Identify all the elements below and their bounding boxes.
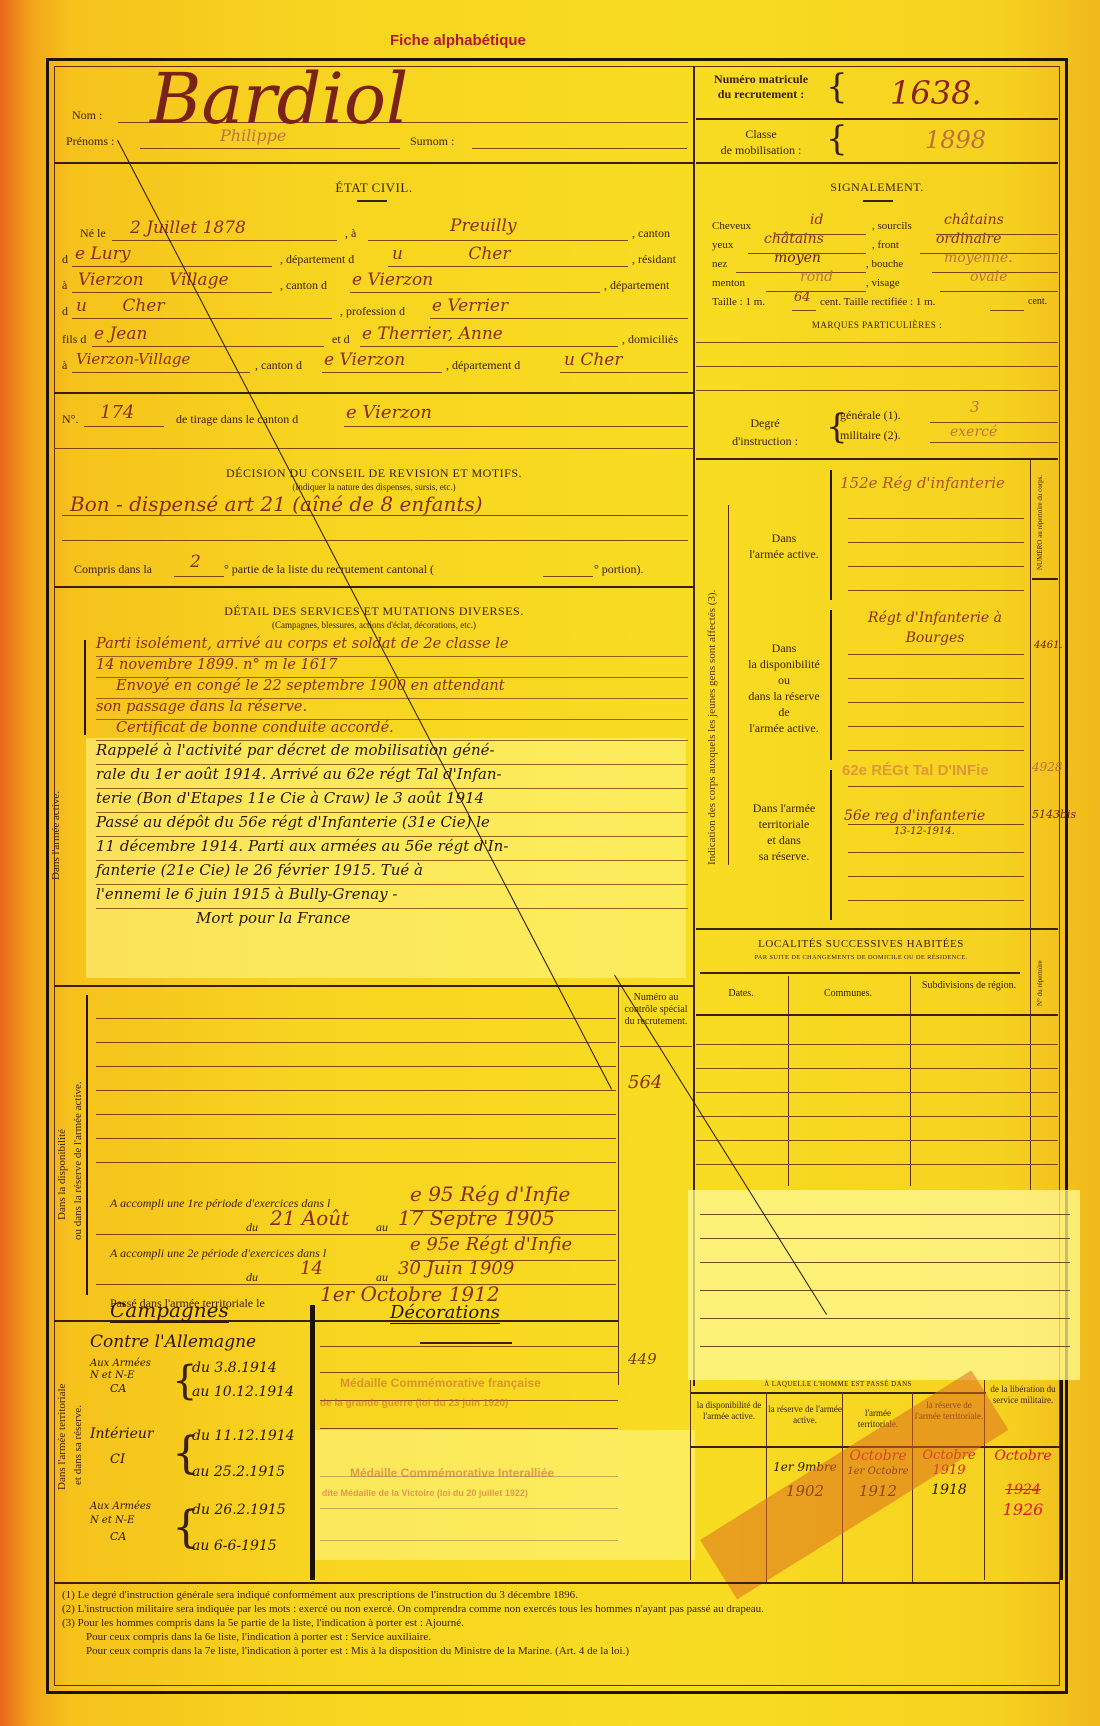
campagne-where: Intérieur (90, 1426, 154, 1442)
dept2-prefix: d (62, 304, 68, 319)
prenoms-underline (140, 148, 400, 149)
underline (930, 442, 1058, 443)
column-divider (910, 976, 911, 1186)
canton-prefix: d (62, 252, 68, 267)
campagnes-subtitle: Contre l'Allemagne (90, 1332, 256, 1352)
underline (72, 266, 272, 267)
localites-col-dates: Dates. (696, 988, 786, 999)
service-line: fanterie (21e Cie) le 26 février 1915. T… (96, 861, 688, 885)
label-line: ou (734, 672, 834, 688)
label-line: Dans (734, 640, 834, 656)
bouche-label: , bouche (866, 258, 903, 270)
surnom-label: Surnom : (410, 134, 454, 149)
affectation-value-territoriale: 56e reg d'infanterie (844, 808, 985, 824)
campagnes-title: Campagnes (110, 1298, 229, 1323)
ruled-line (700, 1262, 1070, 1263)
bracket (84, 640, 86, 735)
localites-title: LOCALITÉS SUCCESSIVES HABITÉES (696, 938, 1026, 950)
divider (1032, 578, 1058, 580)
underline (72, 372, 250, 373)
decision-title: DÉCISION DU CONSEIL DE REVISION ET MOTIF… (54, 466, 694, 481)
ruled-line (848, 900, 1024, 901)
ruled-line (700, 1238, 1070, 1239)
document-title: Fiche alphabétique (390, 32, 526, 49)
numero-column-divider (618, 985, 619, 1385)
ruled-line (848, 786, 1024, 787)
ruled-line (696, 1044, 1058, 1045)
affectation-stamp-territoriale: 62e RÉGt Tal D'INFie (842, 762, 989, 779)
nom-label: Nom : (72, 108, 102, 123)
prenoms-label: Prénoms : (66, 134, 114, 149)
classe-label-2: de mobilisation : (696, 142, 826, 158)
label-line: territoriale (734, 816, 834, 832)
bracket (86, 995, 88, 1295)
campagne-where: Aux Armées N et N-E (90, 1358, 160, 1382)
campagne-to: au 25.2.1915 (192, 1464, 285, 1480)
matricule-value: 1638. (890, 74, 982, 112)
underline (350, 292, 600, 293)
column-divider (788, 976, 789, 1186)
passage-col-disponibilite: la disponibilité de l'armée active. (692, 1400, 766, 1422)
signalement-title: SIGNALEMENT. (696, 180, 1058, 195)
divider (54, 162, 694, 164)
instruction-label: Degré d'instruction : (700, 414, 830, 450)
departement2-label: , département (604, 278, 669, 293)
affectation-label-active: Dans l'armée active. (734, 530, 834, 562)
service-line: Certificat de bonne conduite accordé. (96, 720, 688, 741)
periode2-du-label: du (246, 1270, 258, 1285)
parents-canton-value: e Vierzon (324, 350, 405, 370)
services-side-label: Dans l'armée active. (50, 730, 62, 880)
marques-label: MARQUES PARTICULIÈRES : (696, 320, 1058, 330)
underline (92, 346, 324, 347)
medal-stamp-line-2: de la grande guerre (loi du 23 juin 1920… (320, 1398, 508, 1409)
departement-label: , département d (280, 252, 354, 267)
taille-cent-label: cent. Taille rectifiée : 1 m. (820, 296, 935, 308)
ruled-line (848, 726, 1024, 727)
ruled-line (848, 678, 1024, 679)
ruled-line (96, 1138, 616, 1139)
periode1-du-label: du (246, 1220, 258, 1235)
affectations-side-label: Indication des corps auxquels les jeunes… (706, 505, 718, 865)
disponibilite-side-label-1: Dans la disponibilité (56, 1020, 68, 1220)
ruled-line (848, 824, 1024, 825)
tirage-canton-value: e Vierzon (346, 402, 432, 423)
ruled-line (696, 1164, 1058, 1165)
numero-column-divider (1030, 460, 1031, 930)
birth-place-value: Preuilly (450, 216, 517, 236)
ruled-line (848, 542, 1024, 543)
underline (72, 318, 332, 319)
service-line: son passage dans la réserve. (96, 699, 688, 720)
militaire-value: exercé (950, 424, 997, 440)
ruled-line (700, 1346, 1070, 1347)
passage-col-liberation: de la libération du service militaire. (986, 1384, 1060, 1406)
footnote-4: Pour ceux compris dans la 6e liste, l'in… (62, 1630, 1052, 1644)
ruled-line (96, 1114, 616, 1115)
residence-departement-value: u Cher (76, 296, 165, 316)
canton-label: , canton (632, 226, 670, 241)
underline (792, 310, 816, 311)
ruled-line (320, 1372, 618, 1373)
underline (388, 266, 628, 267)
parents-domicile-value: Vierzon-Village (76, 350, 190, 368)
ruled-line (696, 366, 1058, 367)
nez-label: nez (712, 258, 727, 270)
profession-value: e Verrier (432, 296, 508, 316)
service-line: l'ennemi le 6 juin 1915 à Bully-Grenay - (96, 885, 688, 909)
underline (766, 291, 866, 292)
et-label: et d (332, 332, 350, 347)
bracket (830, 470, 832, 600)
underline (368, 240, 628, 241)
yeux-value: châtains (764, 231, 824, 247)
ruled-line (96, 1090, 616, 1091)
numero-value: 564 (628, 1072, 662, 1093)
residence-prefix: à (62, 278, 67, 293)
decision-subtitle: (Indiquer la nature des dispenses, sursi… (54, 482, 694, 492)
numero-label: NUMÉRO au répertoire du corps. (1036, 470, 1044, 570)
underline (84, 426, 164, 427)
bouche-value: moyenne. (944, 250, 1013, 266)
underline (940, 291, 1058, 292)
services-title: DÉTAIL DES SERVICES ET MUTATIONS DIVERSE… (54, 604, 694, 619)
passage-col-reserve: la réserve de l'armée active. (768, 1404, 842, 1426)
campagne-to: au 10.12.1914 (192, 1384, 294, 1400)
side-column-divider (1030, 930, 1031, 1190)
generale-value: 3 (970, 398, 980, 416)
divider (54, 1582, 1060, 1584)
domicilies-label: , domiciliés (622, 332, 678, 347)
militaire-label: militaire (2). (840, 428, 901, 443)
bracket (830, 770, 832, 920)
divider (696, 458, 1058, 460)
yeux-label: yeux (712, 239, 733, 251)
localites-col-subdivisions: Subdivisions de région. (912, 980, 1026, 992)
tirage-label: de tirage dans le canton d (176, 412, 298, 427)
divider (54, 392, 694, 394)
campagne-code: CA (110, 1382, 126, 1395)
affectation-numero-disponibilite: 4461. (1034, 640, 1063, 651)
footnote-5: Pour ceux compris dans la 7e liste, l'in… (62, 1644, 1052, 1658)
brace-icon: { (826, 122, 848, 156)
campagne-to: au 6-6-1915 (192, 1538, 277, 1554)
label-line: l'armée active. (734, 720, 834, 736)
numero-header: Numéro au contrôle spécial du recrutemen… (620, 992, 692, 1028)
service-line: terie (Bon d'Etapes 11e Cie à Craw) le 3… (96, 789, 688, 813)
header-rule (696, 1014, 1058, 1016)
mother-value: e Therrier, Anne (362, 324, 503, 344)
prenoms-value: Philippe (220, 126, 286, 145)
ruled-line (848, 750, 1024, 751)
passage-liberation-value-1: Octobre (986, 1448, 1060, 1464)
medal2-stamp-line-1: Médaille Commémorative Interalliée (350, 1466, 554, 1480)
ruled-line (700, 1290, 1070, 1291)
affectation-label-disponibilite: Dans la disponibilité ou dans la réserve… (734, 640, 834, 736)
classe-label: Classe de mobilisation : (696, 126, 826, 158)
localites-side-col: N° du répertoire (1036, 936, 1044, 1006)
ruled-line (696, 1092, 1058, 1093)
ruled-line (696, 390, 1058, 391)
menton-label: menton (712, 277, 745, 289)
ruled-line (848, 852, 1024, 853)
title-rule (863, 200, 893, 202)
localites-col-communes: Communes. (788, 988, 908, 999)
underline (174, 576, 224, 577)
ruled-line (96, 1018, 616, 1019)
cheveux-value: id (810, 212, 823, 228)
services-subtitle: (Campagnes, blessures, actions d'éclat, … (54, 620, 694, 630)
underline (990, 310, 1024, 311)
periode1-au-value: 17 Septre 1905 (398, 1206, 555, 1230)
affectation-numero-territoriale: 5143bis (1032, 808, 1076, 821)
tirage-number: 174 (100, 402, 134, 423)
service-line: 11 décembre 1914. Parti aux armées au 56… (96, 837, 688, 861)
ruled-line (696, 1140, 1058, 1141)
underline (430, 318, 688, 319)
residence-canton-value: e Vierzon (352, 270, 433, 290)
medal-stamp-line-1: Médaille Commémorative française (340, 1376, 541, 1390)
services-lines: Parti isolément, arrivé au corps et sold… (96, 636, 688, 933)
canton2-label: , canton d (280, 278, 327, 293)
pasted-blank-sheet (688, 1190, 1080, 1380)
classe-value: 1898 (925, 126, 986, 154)
title-rule (420, 1342, 512, 1344)
surnom-underline (472, 148, 687, 149)
affectation-date-territoriale: 13-12-1914. (894, 826, 955, 837)
tirage-prefix: N°. (62, 412, 78, 427)
matricule-label-2: du recrutement : (696, 87, 826, 102)
visage-label: , visage (866, 277, 900, 289)
compris-value: 2 (190, 552, 201, 572)
bracket (728, 505, 729, 865)
campagne-from: du 3.8.1914 (192, 1360, 277, 1376)
title-rule (700, 972, 1020, 974)
underline (62, 540, 688, 541)
matricule-label: Numéro matricule du recrutement : (696, 72, 826, 102)
taille-label: Taille : 1 m. (712, 296, 765, 308)
father-value: e Jean (94, 324, 147, 344)
ruled-line (848, 518, 1024, 519)
birth-canton-value: e Lury (75, 244, 130, 264)
ruled-line (96, 1042, 616, 1043)
underline (560, 372, 688, 373)
service-line: Mort pour la France (96, 909, 688, 933)
domicile-prefix: à (62, 358, 67, 373)
medal2-stamp-line-2: dite Médaille de la Victoire (loi du 20 … (322, 1488, 528, 1498)
frame-edge (1060, 1380, 1063, 1580)
nez-value: moyen (774, 250, 821, 266)
campagne-from: du 26.2.1915 (192, 1502, 286, 1518)
periode2-unit: e 95e Régt d'Infie (410, 1234, 572, 1255)
affectation-value-disponibilite: Régt d'Infanterie à Bourges (850, 608, 1020, 648)
ruled-line (320, 1346, 618, 1347)
service-line: Rappelé à l'activité par décret de mobil… (96, 741, 688, 765)
territoriale-side-label-2: et dans sa réserve. (72, 1345, 84, 1485)
brace-icon: { (826, 70, 848, 104)
divider (696, 928, 1058, 930)
underline (344, 426, 688, 427)
service-line: Envoyé en congé le 22 septembre 1900 en … (96, 678, 688, 699)
ruled-line (848, 566, 1024, 567)
title-rule (357, 200, 387, 202)
canton3-label: , canton d (255, 358, 302, 373)
ruled-line (96, 1066, 616, 1067)
service-line: Parti isolément, arrivé au corps et sold… (96, 636, 688, 657)
residant-label: , résidant (632, 252, 676, 267)
periode2-du-value: 14 (300, 1258, 323, 1279)
portion-underline (543, 576, 593, 577)
menton-value: rond (800, 269, 833, 285)
ruled-line (696, 1116, 1058, 1117)
passage-liberation-value-2: 1924 (986, 1482, 1060, 1498)
label-line: et dans (734, 832, 834, 848)
service-line: Passé au dépôt du 56e régt d'Infanterie … (96, 813, 688, 837)
label-line: Dans l'armée (734, 800, 834, 816)
ruled-line (96, 1162, 616, 1163)
divider (696, 118, 1058, 120)
birth-departement-value: u Cher (392, 244, 511, 264)
sourcils-label: , sourcils (872, 220, 912, 232)
passage-reserve-territoriale-value: 1918 (914, 1482, 984, 1498)
label-line: la disponibilité (734, 656, 834, 672)
periode1-au-label: au (376, 1220, 388, 1235)
localites-subtitle: PAR SUITE DE CHANGEMENTS DE DOMICILE OU … (696, 954, 1026, 961)
underline (72, 292, 272, 293)
ruled-line (848, 654, 1024, 655)
footnote-1: (1) Le degré d'instruction générale sera… (62, 1588, 1052, 1602)
divider (54, 985, 694, 987)
compris-suffix: ° partie de la liste du recrutement cant… (224, 562, 434, 577)
service-line: rale du 1er août 1914. Arrivé au 62e rég… (96, 765, 688, 789)
ruled-line (696, 1068, 1058, 1069)
instruction-label-1: Degré (700, 414, 830, 432)
compris-label: Compris dans la (74, 562, 152, 577)
affectation-label-territoriale: Dans l'armée territoriale et dans sa rés… (734, 800, 834, 864)
divider (54, 586, 694, 588)
front-label: , front (872, 239, 899, 251)
etat-civil-title: ÉTAT CIVIL. (54, 180, 694, 196)
underline (930, 422, 1058, 423)
underline (112, 240, 337, 241)
generale-label: générale (1). (840, 408, 901, 423)
residence-value: Vierzon Village (78, 270, 229, 290)
classe-label-1: Classe (696, 126, 826, 142)
birth-date-value: 2 Juillet 1878 (130, 218, 246, 238)
cheveux-label: Cheveux (712, 220, 751, 232)
ruled-line (700, 1318, 1070, 1319)
ruled-line (848, 590, 1024, 591)
footnote-3: (3) Pour les hommes compris dans la 5e p… (62, 1616, 1052, 1630)
divider (620, 1046, 692, 1047)
periode1-unit: e 95 Rég d'Infie (410, 1182, 570, 1206)
decision-value: Bon - dispensé art 21 (aîné de 8 enfants… (70, 492, 483, 516)
passage-liberation-red: 1926 (986, 1500, 1060, 1519)
label-line: dans la réserve (734, 688, 834, 704)
affectation-value-active: 152e Rég d'infanterie (840, 474, 1005, 492)
periode1-du-value: 21 Août (270, 1206, 349, 1230)
fils-label: fils d (62, 332, 86, 347)
column-divider (693, 66, 695, 1386)
divider (696, 162, 1058, 164)
disponibilite-side-label-2: ou dans la réserve de l'armée active. (72, 1000, 84, 1240)
territoriale-numero-value: 449 (628, 1350, 657, 1368)
departement3-label: , département d (446, 358, 520, 373)
label-line: Dans (734, 530, 834, 546)
ruled-line (848, 702, 1024, 703)
bracket (830, 610, 832, 760)
ruled-line (700, 1214, 1070, 1215)
a-label: , à (345, 226, 356, 241)
taille-value: 64 (794, 290, 811, 305)
ruled-line (696, 342, 1058, 343)
campagne-code: CI (110, 1452, 125, 1467)
decorations-title: Décorations (390, 1302, 500, 1324)
portion-suffix: ° portion). (594, 562, 643, 577)
periode2-label: A accompli une 2e période d'exercices da… (110, 1246, 326, 1261)
instruction-label-2: d'instruction : (700, 432, 830, 450)
campagne-from: du 11.12.1914 (192, 1428, 295, 1444)
campagne-code: CA (110, 1530, 126, 1543)
column-divider (690, 1380, 691, 1580)
footnote-2: (2) L'instruction militaire sera indiqué… (62, 1602, 1052, 1616)
ne-le-label: Né le (80, 226, 106, 241)
label-line: sa réserve. (734, 848, 834, 864)
visage-value: ovale (970, 269, 1007, 285)
underline (322, 372, 442, 373)
label-line: l'armée active. (734, 546, 834, 562)
sourcils-value: châtains (944, 212, 1004, 228)
footnotes: (1) Le degré d'instruction générale sera… (62, 1588, 1052, 1658)
ruled-line (320, 1428, 618, 1429)
divider (54, 448, 694, 449)
taille-cent2-label: cent. (1028, 296, 1047, 307)
periode2-au-value: 30 Juin 1909 (398, 1258, 514, 1279)
matricule-label-1: Numéro matricule (696, 72, 826, 87)
ruled-line (848, 876, 1024, 877)
parents-departement-value: u Cher (564, 350, 623, 370)
territoriale-side-label-1: Dans l'armée territoriale (56, 1340, 68, 1490)
passage-title: À LAQUELLE L'HOMME EST PASSÉ DANS (690, 1380, 986, 1388)
affectation-stamp-numero: 4928 (1032, 760, 1063, 774)
underline (360, 346, 618, 347)
front-value: ordinaire (936, 231, 1001, 247)
profession-label: , profession d (340, 304, 405, 319)
label-line: de (734, 704, 834, 720)
campagne-where: Aux Armées N et N-E (90, 1500, 160, 1528)
